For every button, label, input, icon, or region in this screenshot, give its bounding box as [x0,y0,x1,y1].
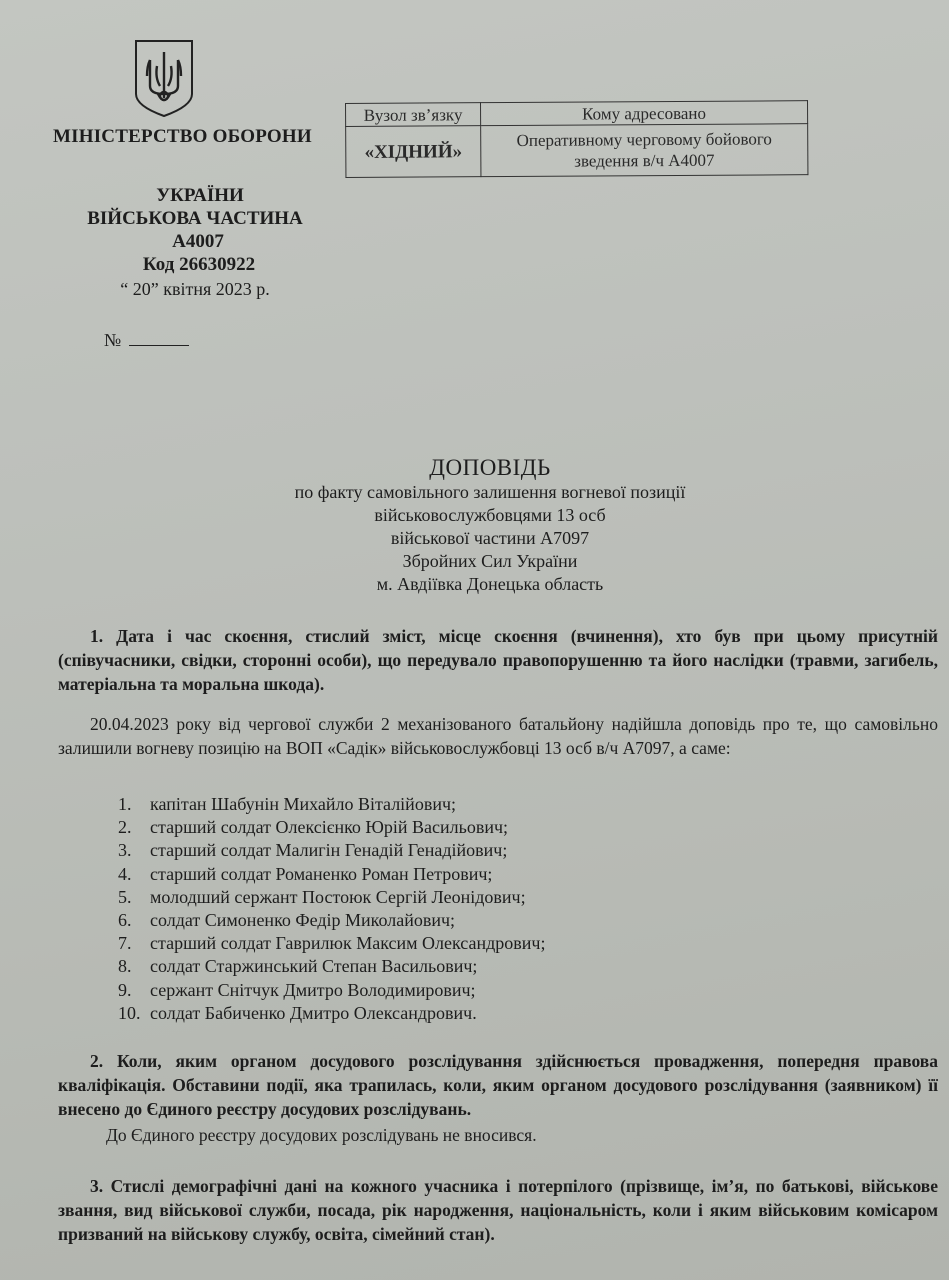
subtitle-line: Збройних Сил України [230,550,750,573]
document-number: № [104,330,189,351]
section-3-heading: 3. Стислі демографічні дані на кожного у… [58,1174,938,1246]
ukraine-coat-of-arms-icon [133,38,195,118]
country-name: УКРАЇНИ [50,184,340,207]
document-page: МІНІСТЕРСТВО ОБОРОНИ УКРАЇНИ ВІЙСЬКОВА Ч… [0,0,949,1280]
number-blank-line [129,331,189,346]
issuer-block: МІНІСТЕРСТВО ОБОРОНИ УКРАЇНИ ВІЙСЬКОВА Ч… [50,126,340,300]
subtitle-line: м. Авдіївка Донецька область [230,573,750,596]
unit-block: УКРАЇНИ ВІЙСЬКОВА ЧАСТИНА А4007 Код 2663… [50,184,340,276]
subtitle-line: по факту самовільного залишення вогневої… [230,481,750,504]
section-1-heading: 1. Дата і час скоєння, стислий зміст, мі… [58,624,938,696]
list-item: 10.солдат Бабиченко Дмитро Олександрович… [118,1002,818,1025]
ministry-name: МІНІСТЕРСТВО ОБОРОНИ [50,126,340,148]
list-item: 7.старший солдат Гаврилюк Максим Олексан… [118,932,818,955]
list-item: 3.старший солдат Малигін Генадій Генадій… [118,839,818,862]
list-item: 6.солдат Симоненко Федір Миколайович; [118,909,818,932]
list-item: 2.старший солдат Олексієнко Юрій Васильо… [118,816,818,839]
address-header-hub: Вузол зв’язку [346,103,481,127]
report-title-block: ДОПОВІДЬ по факту самовільного залишення… [230,455,750,596]
number-label: № [104,330,121,350]
list-item: 8.солдат Старжинський Степан Васильович; [118,955,818,978]
unit-code: Код 26630922 [50,253,340,276]
report-title: ДОПОВІДЬ [230,455,750,481]
section-2-heading: 2. Коли, яким органом досудового розслід… [58,1049,938,1121]
list-item: 5.молодший сержант Постоюк Сергій Леонід… [118,886,818,909]
list-item: 1.капітан Шабунін Михайло Віталійович; [118,793,818,816]
subtitle-line: військовослужбовцями 13 осб [230,504,750,527]
list-item: 4.старший солдат Романенко Роман Петрови… [118,863,818,886]
personnel-list: 1.капітан Шабунін Михайло Віталійович; 2… [118,793,818,1025]
subtitle-line: військової частини А7097 [230,527,750,550]
communication-hub: «ХІДНИЙ» [346,126,481,178]
unit-label: ВІЙСЬКОВА ЧАСТИНА [50,207,340,230]
address-header-recipient: Кому адресовано [481,101,808,126]
list-item: 9.сержант Снітчук Дмитро Володимирович; [118,979,818,1002]
document-date: “ 20” квітня 2023 р. [50,279,340,300]
section-1-body: 20.04.2023 року від чергової служби 2 ме… [58,712,938,760]
section-2-body: До Єдиного реєстру досудових розслідуван… [58,1123,936,1147]
unit-id: А4007 [50,230,340,253]
address-table: Вузол зв’язку Кому адресовано «ХІДНИЙ» О… [345,100,808,178]
addressee: Оперативному черговому бойового зведення… [481,124,808,177]
